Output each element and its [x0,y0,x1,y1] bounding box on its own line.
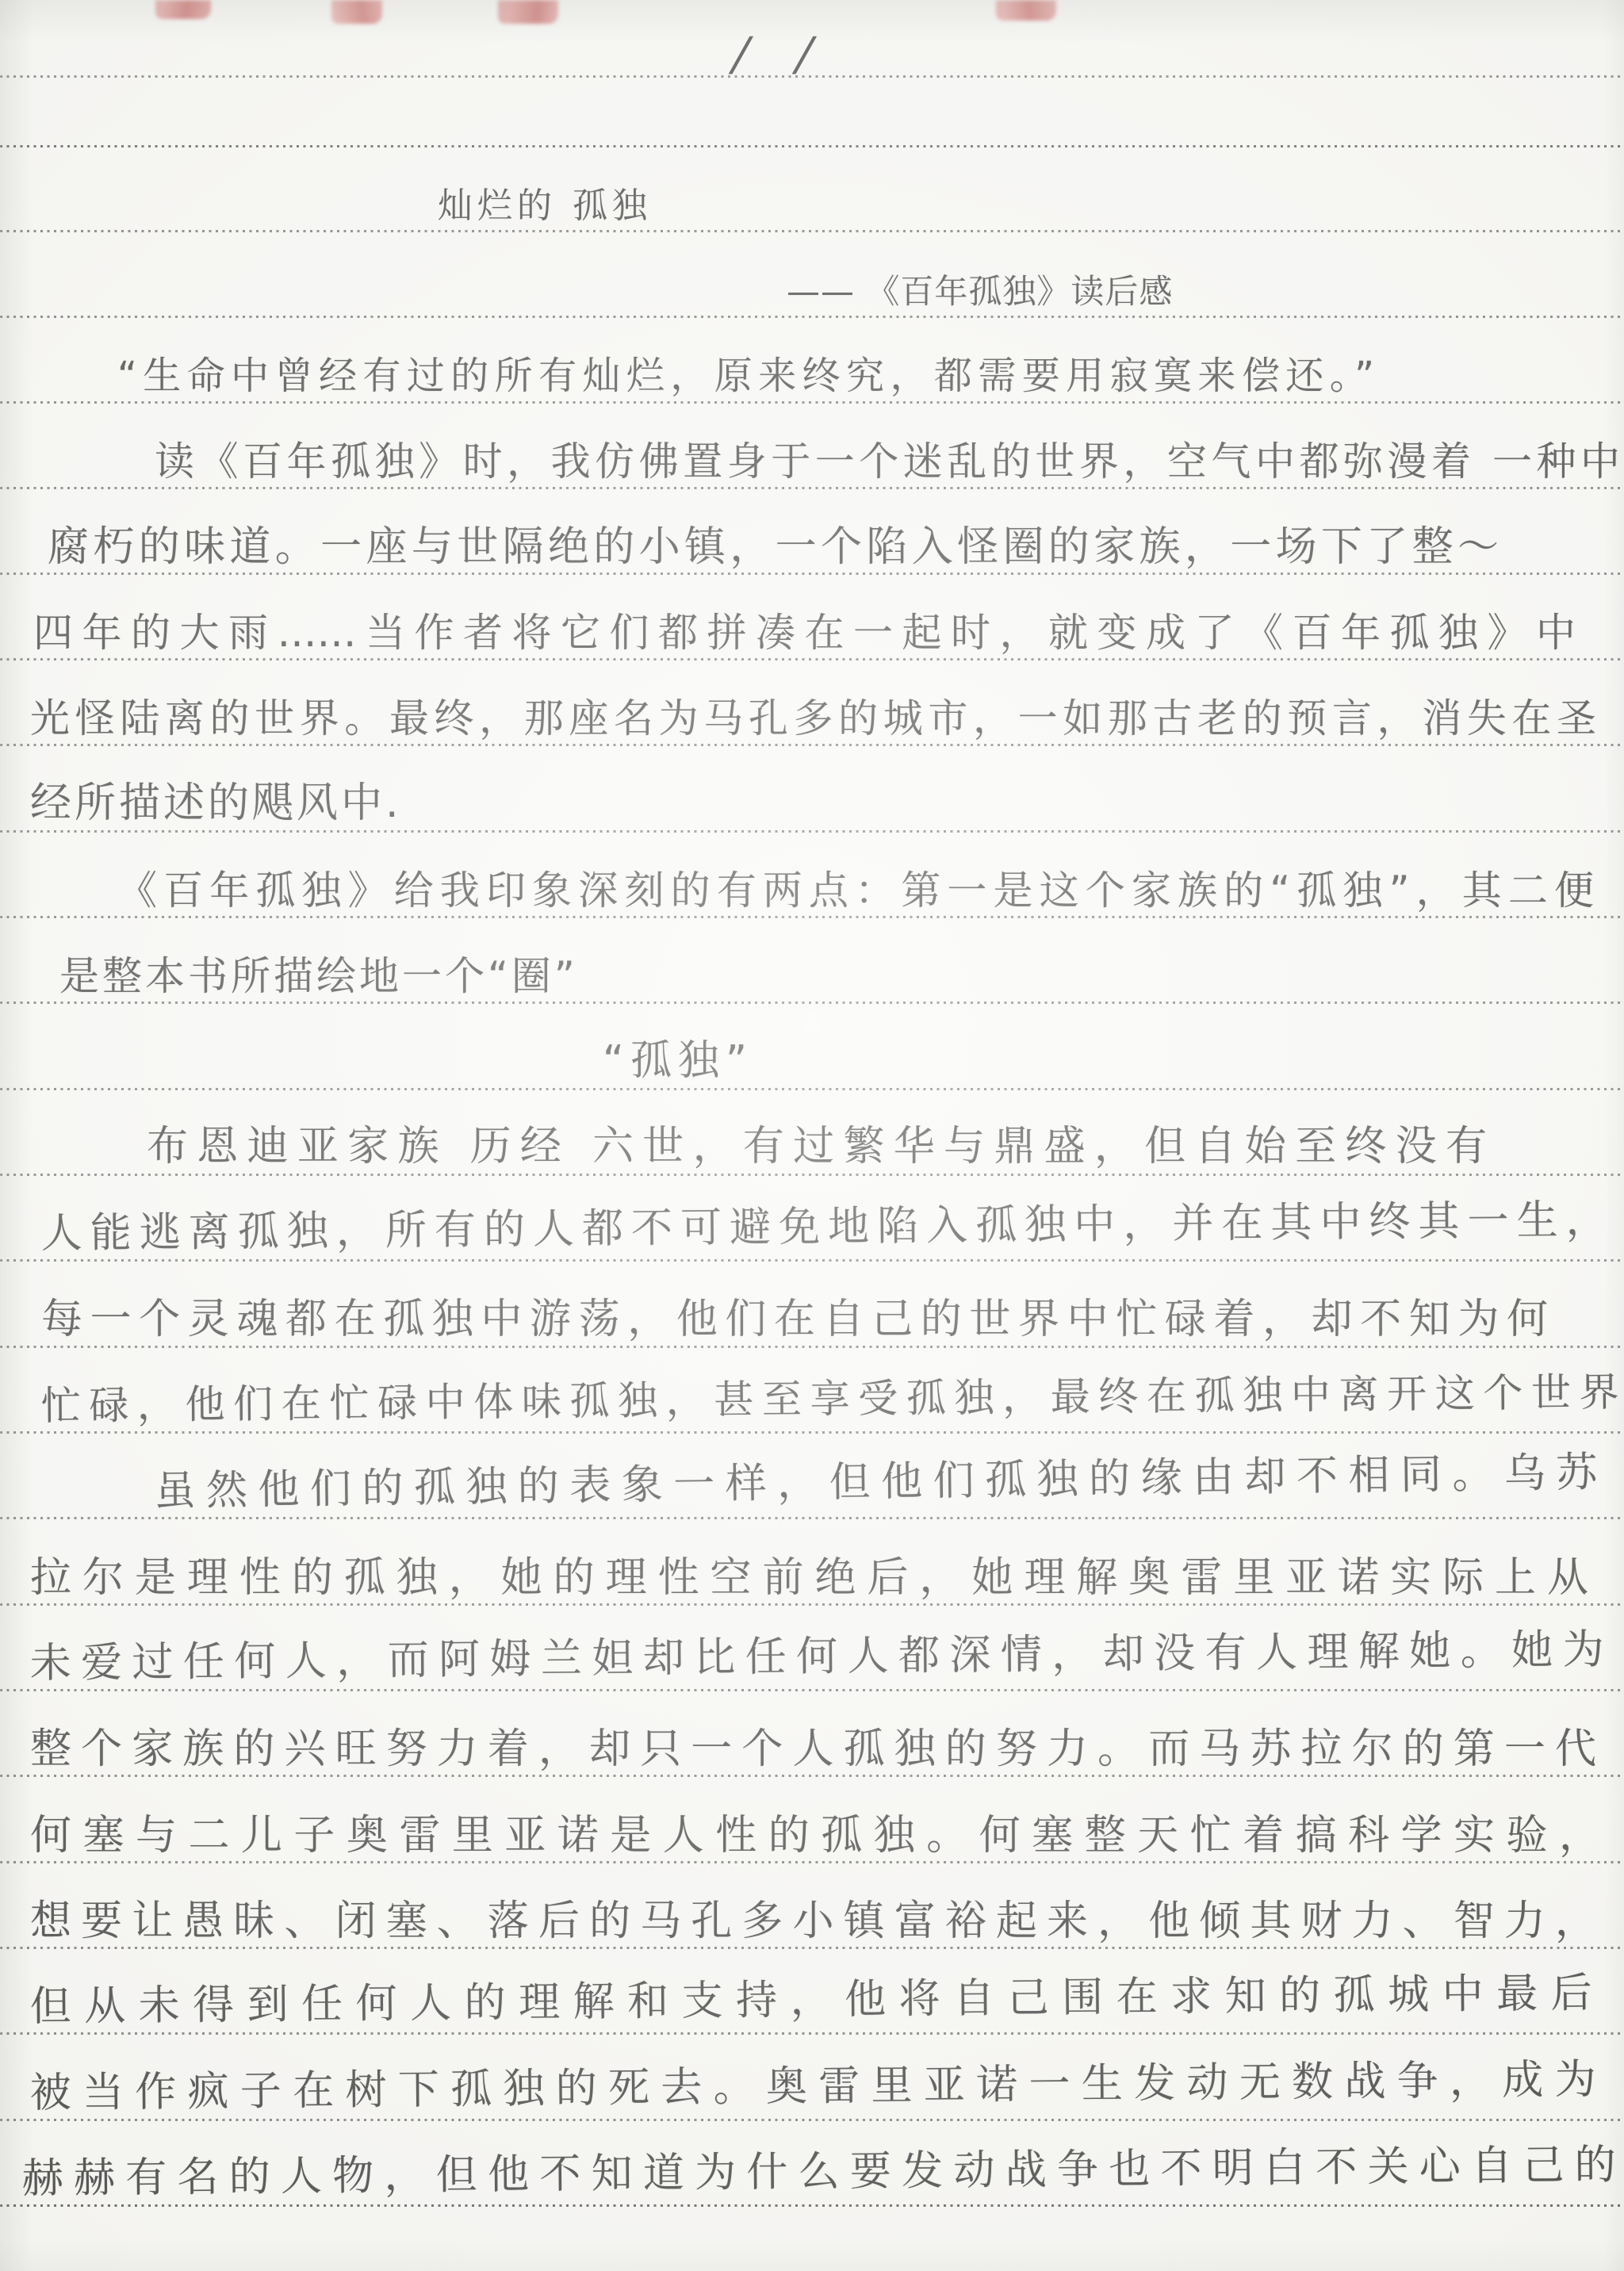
handwritten-line: 《百年孤独》给我印象深刻的有两点：第一是这个家族的“孤独”，其二便 [117,860,1594,921]
essay-subtitle: —— 《百年孤独》读后感 [787,262,1173,322]
handwritten-line: “生命中曾经有过的所有灿烂，原来终究，都需要用寂寞来偿还。” [117,346,1374,406]
handwritten-line: 是整本书所描绘地一个“圈” [59,946,578,1006]
handwritten-line: 读《百年孤独》时，我仿佛置身于一个迷乱的世界，空气中都弥漫着 一种中 [155,431,1620,492]
handwritten-line: 拉尔是理性的孤独，她的理性空前绝后，她理解奥雷里亚诺实际上从 [30,1548,1588,1608]
handwritten-line: 腐朽的味道。一座与世隔绝的小镇，一个陷入怪圈的家族，一场下了整～ [48,517,1499,577]
scanned-page: { "colors": { "paper": "#f8f8f5", "ink":… [0,0,1624,2271]
red-stamp-remnant [155,0,211,19]
handwritten-line: 布恩迪亚家族 历经 六世，有过繁华与鼎盛，但自始至终没有 [147,1116,1487,1177]
handwritten-line: 何塞与二儿子奥雷里亚诺是人性的孤独。何塞整天忙着搞科学实验， [30,1806,1600,1866]
page-corner-slash: / [791,27,820,81]
page-corner-slash: / [727,27,756,81]
handwritten-line: 想要让愚昧、闭塞、落后的马孔多小镇富裕起来，他倾其财力、智力， [30,1891,1596,1951]
handwritten-line: 人能逃离孤独，所有的人都不可避免地陷入孤独中，并在其中终其一生， [40,1190,1607,1264]
handwritten-line: 但从未得到任何人的理解和支持，他将自己围在求知的孤城中最后 [29,1963,1592,2037]
red-stamp-remnant [996,0,1056,21]
handwritten-line: 经所描述的飓风中. [30,773,402,833]
red-stamp-remnant [498,0,558,24]
section-heading: “孤独” [603,1031,753,1091]
ruled-line [0,1088,1624,1090]
handwritten-line: 每一个灵魂都在孤独中游荡，他们在自己的世界中忙碌着，却不知为何 [41,1289,1548,1350]
handwritten-line: 整个家族的兴旺努力着，却只一个人孤独的努力。而马苏拉尔的第一代 [30,1719,1596,1779]
handwritten-line: 四年的大雨……当作者将它们都拼凑在一起时，就变成了《百年孤独》中 [33,603,1576,663]
handwritten-line: 赫赫有名的人物，但他不知道为什么要发动战争也不明白不关心自己的 [21,2135,1616,2209]
handwritten-line: 虽然他们的孤独的表象一样，但他们孤独的缘由却不相同。乌苏 [154,1442,1598,1522]
ruled-line [0,75,1624,78]
handwritten-line: 未爱过任何人，而阿姆兰妲却比任何人都深情，却没有人理解她。她为 [29,1620,1604,1694]
handwritten-line: 光怪陆离的世界。最终，那座名为马孔多的城市，一如那古老的预言，消失在圣 [30,688,1596,749]
ruled-line [0,230,1624,232]
essay-title: 灿烂的 孤独 [438,176,652,236]
handwritten-line: 被当作疯子在树下孤独的死去。奥雷里亚诺一生发动无数战争，成为 [29,2050,1596,2124]
ruled-line [0,145,1624,147]
handwritten-line: 忙碌，他们在忙碌中体味孤独，甚至享受孤独，最终在孤独中离开这个世界 [40,1362,1619,1436]
red-stamp-remnant [331,0,382,24]
